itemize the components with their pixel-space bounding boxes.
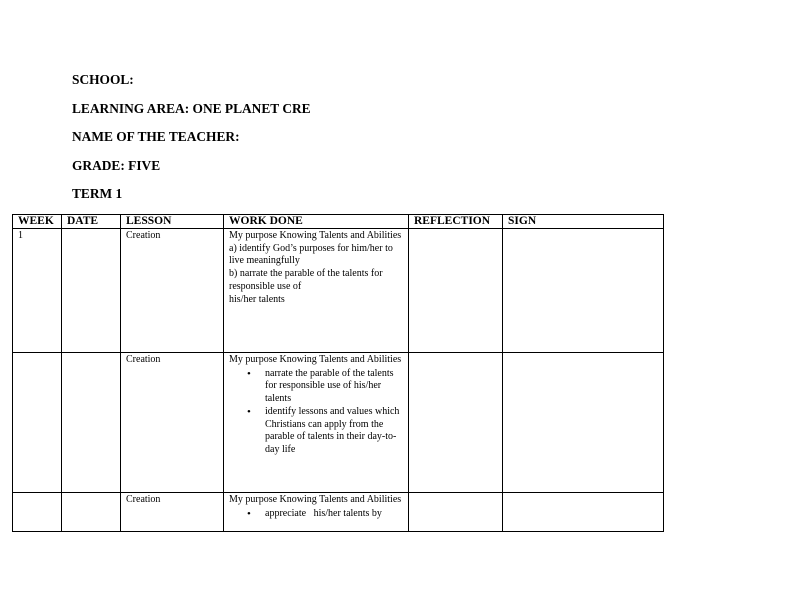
- column-header-sign: SIGN: [503, 215, 664, 229]
- reflection-cell: [409, 493, 503, 532]
- date-cell: [62, 493, 121, 532]
- work-line: his/her talents: [229, 294, 403, 307]
- work-done-cell: My purpose Knowing Talents and Abilities…: [224, 353, 409, 493]
- work-line: a) identify God’s purposes for him/her t…: [229, 243, 403, 268]
- term-label: TERM 1: [72, 186, 122, 202]
- lesson-cell: Creation: [121, 493, 224, 532]
- column-header-date: DATE: [62, 215, 121, 229]
- sign-cell: [503, 353, 664, 493]
- work-bullet: identify lessons and values which Christ…: [265, 406, 403, 457]
- learning-area-label: LEARNING AREA: ONE PLANET CRE: [72, 101, 311, 117]
- work-title: My purpose Knowing Talents and Abilities: [229, 494, 403, 507]
- scheme-of-work-table: WEEK DATE LESSON WORK DONE REFLECTION SI…: [12, 214, 664, 532]
- reflection-cell: [409, 353, 503, 493]
- work-done-cell: My purpose Knowing Talents and Abilities…: [224, 229, 409, 353]
- lesson-cell: Creation: [121, 353, 224, 493]
- lesson-cell: Creation: [121, 229, 224, 353]
- work-bullet: appreciate his/her talents by: [265, 508, 403, 521]
- work-bullet: narrate the parable of the talents for r…: [265, 368, 403, 406]
- column-header-lesson: LESSON: [121, 215, 224, 229]
- week-cell: [13, 353, 62, 493]
- school-label: SCHOOL:: [72, 72, 134, 88]
- table-row: 1 Creation My purpose Knowing Talents an…: [13, 229, 664, 353]
- sign-cell: [503, 493, 664, 532]
- week-cell: [13, 493, 62, 532]
- grade-label: GRADE: FIVE: [72, 158, 160, 174]
- column-header-reflection: REFLECTION: [409, 215, 503, 229]
- column-header-week: WEEK: [13, 215, 62, 229]
- date-cell: [62, 353, 121, 493]
- table-header-row: WEEK DATE LESSON WORK DONE REFLECTION SI…: [13, 215, 664, 229]
- table-row: Creation My purpose Knowing Talents and …: [13, 493, 664, 532]
- work-line: b) narrate the parable of the talents fo…: [229, 268, 403, 293]
- sign-cell: [503, 229, 664, 353]
- table-row: Creation My purpose Knowing Talents and …: [13, 353, 664, 493]
- column-header-work-done: WORK DONE: [224, 215, 409, 229]
- work-bullet-list: narrate the parable of the talents for r…: [229, 368, 403, 457]
- date-cell: [62, 229, 121, 353]
- reflection-cell: [409, 229, 503, 353]
- week-cell: 1: [13, 229, 62, 353]
- teacher-name-label: NAME OF THE TEACHER:: [72, 129, 240, 145]
- work-title: My purpose Knowing Talents and Abilities: [229, 230, 403, 243]
- work-title: My purpose Knowing Talents and Abilities: [229, 354, 403, 367]
- work-done-cell: My purpose Knowing Talents and Abilities…: [224, 493, 409, 532]
- work-bullet-list: appreciate his/her talents by: [229, 508, 403, 521]
